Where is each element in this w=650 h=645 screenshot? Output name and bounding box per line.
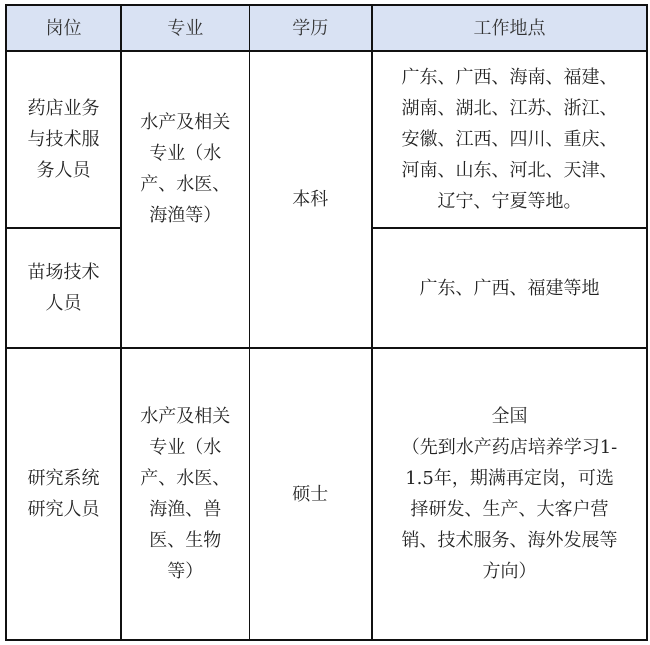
header-row: 岗位 专业 学历 工作地点 <box>6 5 647 51</box>
education-cell: 硕士 <box>249 348 372 640</box>
major-text: 专业（水 <box>128 138 243 169</box>
location-cell: 广东、广西、福建等地 <box>372 228 647 348</box>
position-cell: 苗场技术 人员 <box>6 228 121 348</box>
location-cell: 全国 （先到水产药店培养学习1- 1.5年，期满再定岗，可选 择研发、生产、大客… <box>372 348 647 640</box>
position-text: 人员 <box>13 288 114 319</box>
location-text: 择研发、生产、大客户营 <box>379 494 640 525</box>
major-text: 医、生物 <box>128 525 243 556</box>
location-text: 销、技术服务、海外发展等 <box>379 525 640 556</box>
education-text: 本科 <box>292 189 328 210</box>
recruitment-table: 岗位 专业 学历 工作地点 药店业务 与技术服 务人员 水产及相关 专业（水 产… <box>5 4 648 641</box>
location-cell: 广东、广西、海南、福建、 湖南、湖北、江苏、浙江、 安徽、江西、四川、重庆、 河… <box>372 51 647 228</box>
header-education: 学历 <box>249 5 372 51</box>
table-row: 研究系统 研究人员 水产及相关 专业（水 产、水医、 海渔、兽 医、生物 等） … <box>6 348 647 640</box>
location-text: （先到水产药店培养学习1- <box>379 432 640 463</box>
position-cell: 研究系统 研究人员 <box>6 348 121 640</box>
major-text: 产、水医、 <box>128 463 243 494</box>
major-text: 专业（水 <box>128 432 243 463</box>
location-text: 方向） <box>379 556 640 587</box>
major-text: 水产及相关 <box>128 107 243 138</box>
location-text: 广东、广西、海南、福建、 <box>379 62 640 93</box>
location-text: 安徽、江西、四川、重庆、 <box>379 124 640 155</box>
location-text: 湖南、湖北、江苏、浙江、 <box>379 93 640 124</box>
table-row: 药店业务 与技术服 务人员 水产及相关 专业（水 产、水医、 海渔等） 本科 广… <box>6 51 647 228</box>
header-position: 岗位 <box>6 5 121 51</box>
position-text: 药店业务 <box>13 93 114 124</box>
major-text: 海渔、兽 <box>128 494 243 525</box>
position-text: 苗场技术 <box>13 257 114 288</box>
position-text: 研究人员 <box>13 494 114 525</box>
major-text: 海渔等） <box>128 200 243 231</box>
header-location: 工作地点 <box>372 5 647 51</box>
major-text: 水产及相关 <box>128 401 243 432</box>
education-cell: 本科 <box>249 51 372 348</box>
major-cell: 水产及相关 专业（水 产、水医、 海渔等） <box>121 51 249 348</box>
position-cell: 药店业务 与技术服 务人员 <box>6 51 121 228</box>
education-text: 硕士 <box>292 484 328 505</box>
major-text: 产、水医、 <box>128 169 243 200</box>
position-text: 研究系统 <box>13 463 114 494</box>
location-text: 河南、山东、河北、天津、 <box>379 155 640 186</box>
location-text: 广东、广西、福建等地 <box>379 273 640 304</box>
location-text: 1.5年，期满再定岗，可选 <box>379 463 640 494</box>
position-text: 与技术服 <box>13 124 114 155</box>
location-text: 全国 <box>379 401 640 432</box>
position-text: 务人员 <box>13 155 114 186</box>
major-text: 等） <box>128 556 243 587</box>
header-major: 专业 <box>121 5 249 51</box>
major-cell: 水产及相关 专业（水 产、水医、 海渔、兽 医、生物 等） <box>121 348 249 640</box>
location-text: 辽宁、宁夏等地。 <box>379 186 640 217</box>
